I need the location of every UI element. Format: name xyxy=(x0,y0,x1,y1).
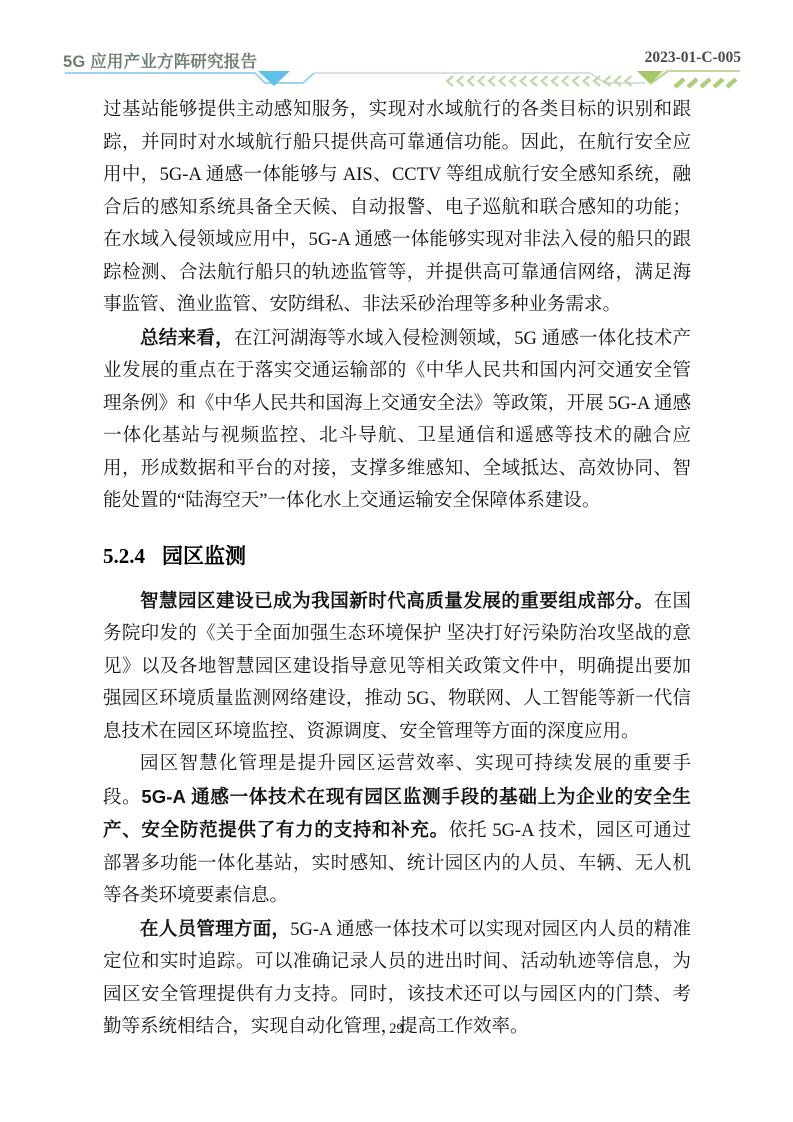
document-code: 2023-01-C-005 xyxy=(645,49,741,67)
body-text: 在国务院印发的《关于全面加强生态环境保护 坚决打好污染防治攻坚战的意见》以及各地… xyxy=(103,592,691,742)
emphasis-text: 总结来看， xyxy=(140,327,234,348)
header-decoration-band xyxy=(62,66,742,92)
report-page: 5G 应用产业方阵研究报告 2023-01-C-005 过基站能够提供主动感知服… xyxy=(0,0,793,1122)
emphasis-text: 智慧园区建设已成为我国新时代高质量发展的重要组成部分。 xyxy=(140,590,654,611)
emphasis-text: 在人员管理方面， xyxy=(140,918,290,939)
section-heading: 5.2.4园区监测 xyxy=(103,541,691,572)
page-number: 29 xyxy=(389,1021,404,1037)
diagonal-ticks-icon xyxy=(675,79,736,87)
section-title: 园区监测 xyxy=(162,545,246,568)
document-body: 过基站能够提供主动感知服务，实现对水域航行的各类目标的识别和跟踪，并同时对水域航… xyxy=(103,94,691,1044)
body-text: 在江河湖海等水域入侵检测领域，5G 通感一体化技术产业发展的重点在于落实交通运输… xyxy=(103,329,691,512)
paragraph: 过基站能够提供主动感知服务，实现对水域航行的各类目标的识别和跟踪，并同时对水域航… xyxy=(103,94,691,322)
paragraph: 园区智慧化管理是提升园区运营效率、实现可持续发展的重要手段。5G-A 通感一体技… xyxy=(103,748,691,913)
paragraph: 智慧园区建设已成为我国新时代高质量发展的重要组成部分。在国务院印发的《关于全面加… xyxy=(103,585,691,749)
paragraph: 总结来看，在江河湖海等水域入侵检测领域，5G 通感一体化技术产业发展的重点在于落… xyxy=(103,322,691,518)
section-number: 5.2.4 xyxy=(103,544,145,568)
body-text: 过基站能够提供主动感知服务，实现对水域航行的各类目标的识别和跟踪，并同时对水域航… xyxy=(103,100,691,315)
page-footer: 29 xyxy=(0,1021,793,1038)
chevron-row-icon xyxy=(447,76,632,86)
